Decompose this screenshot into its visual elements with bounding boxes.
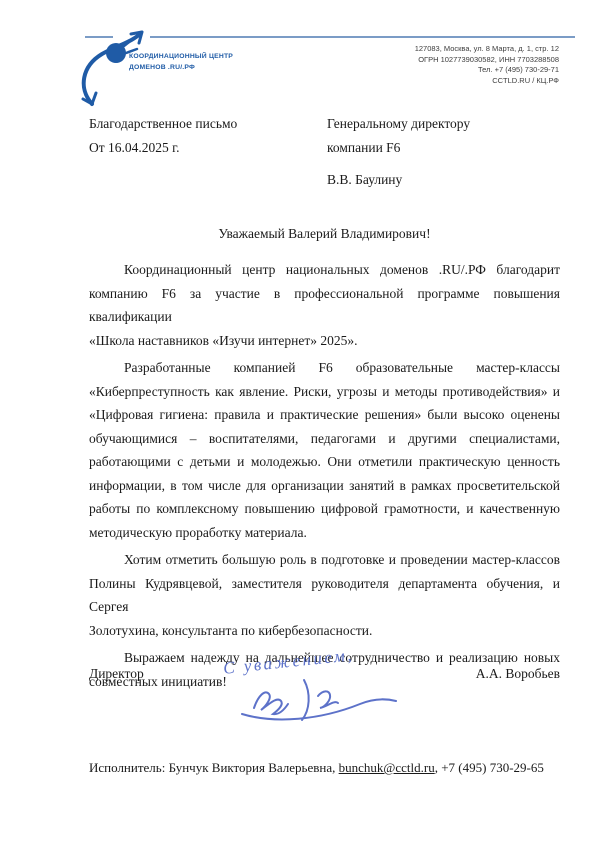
address-line: CCTLD.RU / КЦ.РФ [415, 76, 559, 87]
body-line: обучающимися – воспитателями, педагогами… [89, 427, 560, 451]
signer-name: А.А. Воробьев [476, 666, 560, 682]
body-line: Координационный центр национальных домен… [89, 258, 560, 282]
recipient-name: В.В. Баулину [327, 168, 470, 192]
recipient-block: Генеральному директору компании F6 В.В. … [327, 112, 470, 192]
org-wordmark: КООРДИНАЦИОННЫЙ ЦЕНТР ДОМЕНОВ .RU/.РФ [129, 52, 233, 73]
body-line: компанию F6 за участие в профессионально… [89, 282, 560, 329]
body-paragraph: Координационный центр национальных домен… [89, 258, 560, 352]
executor-label: Исполнитель: Бунчук Виктория Валерьевна, [89, 760, 339, 775]
body-line: Полины Кудрявцевой, заместителя руководи… [89, 572, 560, 619]
letter-page: КООРДИНАЦИОННЫЙ ЦЕНТР ДОМЕНОВ .RU/.РФ 12… [0, 0, 595, 841]
body-line: Золотухина, консультанта по кибербезопас… [89, 619, 560, 643]
org-name-line1: КООРДИНАЦИОННЫЙ ЦЕНТР [129, 52, 233, 63]
address-line: 127083, Москва, ул. 8 Марта, д. 1, стр. … [415, 44, 559, 55]
executor-phone: , +7 (495) 730-29-65 [435, 760, 544, 775]
body-line: «Цифровая гигиена: правила и практически… [89, 403, 560, 427]
body-line: Разработанные компанией F6 образовательн… [89, 356, 560, 380]
body-paragraph: Хотим отметить большую роль в подготовке… [89, 548, 560, 642]
recipient-line: компании F6 [327, 136, 470, 160]
org-address-block: 127083, Москва, ул. 8 Марта, д. 1, стр. … [415, 44, 559, 86]
address-line: Тел. +7 (495) 730-29-71 [415, 65, 559, 76]
letter-body: Координационный центр национальных домен… [89, 258, 560, 697]
body-line: работы по комплексному повышению цифрово… [89, 497, 560, 521]
executor-line: Исполнитель: Бунчук Виктория Валерьевна,… [89, 760, 579, 776]
executor-email-link[interactable]: bunchuk@cctld.ru [339, 760, 435, 775]
recipient-line: Генеральному директору [327, 112, 470, 136]
doc-meta: Благодарственное письмо От 16.04.2025 г. [89, 112, 237, 159]
body-line: информации, в том числе для организации … [89, 474, 560, 498]
body-paragraph: Разработанные компанией F6 образовательн… [89, 356, 560, 544]
org-name-line2: ДОМЕНОВ .RU/.РФ [129, 63, 233, 74]
body-line: «Школа наставников «Изучи интернет» 2025… [89, 329, 560, 353]
body-line: Хотим отметить большую роль в подготовке… [89, 548, 560, 572]
signer-position: Директор [89, 666, 144, 682]
body-line: методическую проработку материала. [89, 521, 560, 545]
signature-row: Директор А.А. Воробьев [89, 666, 560, 682]
doc-date: От 16.04.2025 г. [89, 136, 237, 160]
address-line: ОГРН 1027739030582, ИНН 7703288508 [415, 55, 559, 66]
body-line: работающими с детьми и молодежью. Они от… [89, 450, 560, 474]
header-rule-right [150, 36, 575, 38]
salutation: Уважаемый Валерий Владимирович! [89, 226, 560, 242]
doc-type: Благодарственное письмо [89, 112, 237, 136]
body-line: «Киберпреступность как явление. Риски, у… [89, 380, 560, 404]
